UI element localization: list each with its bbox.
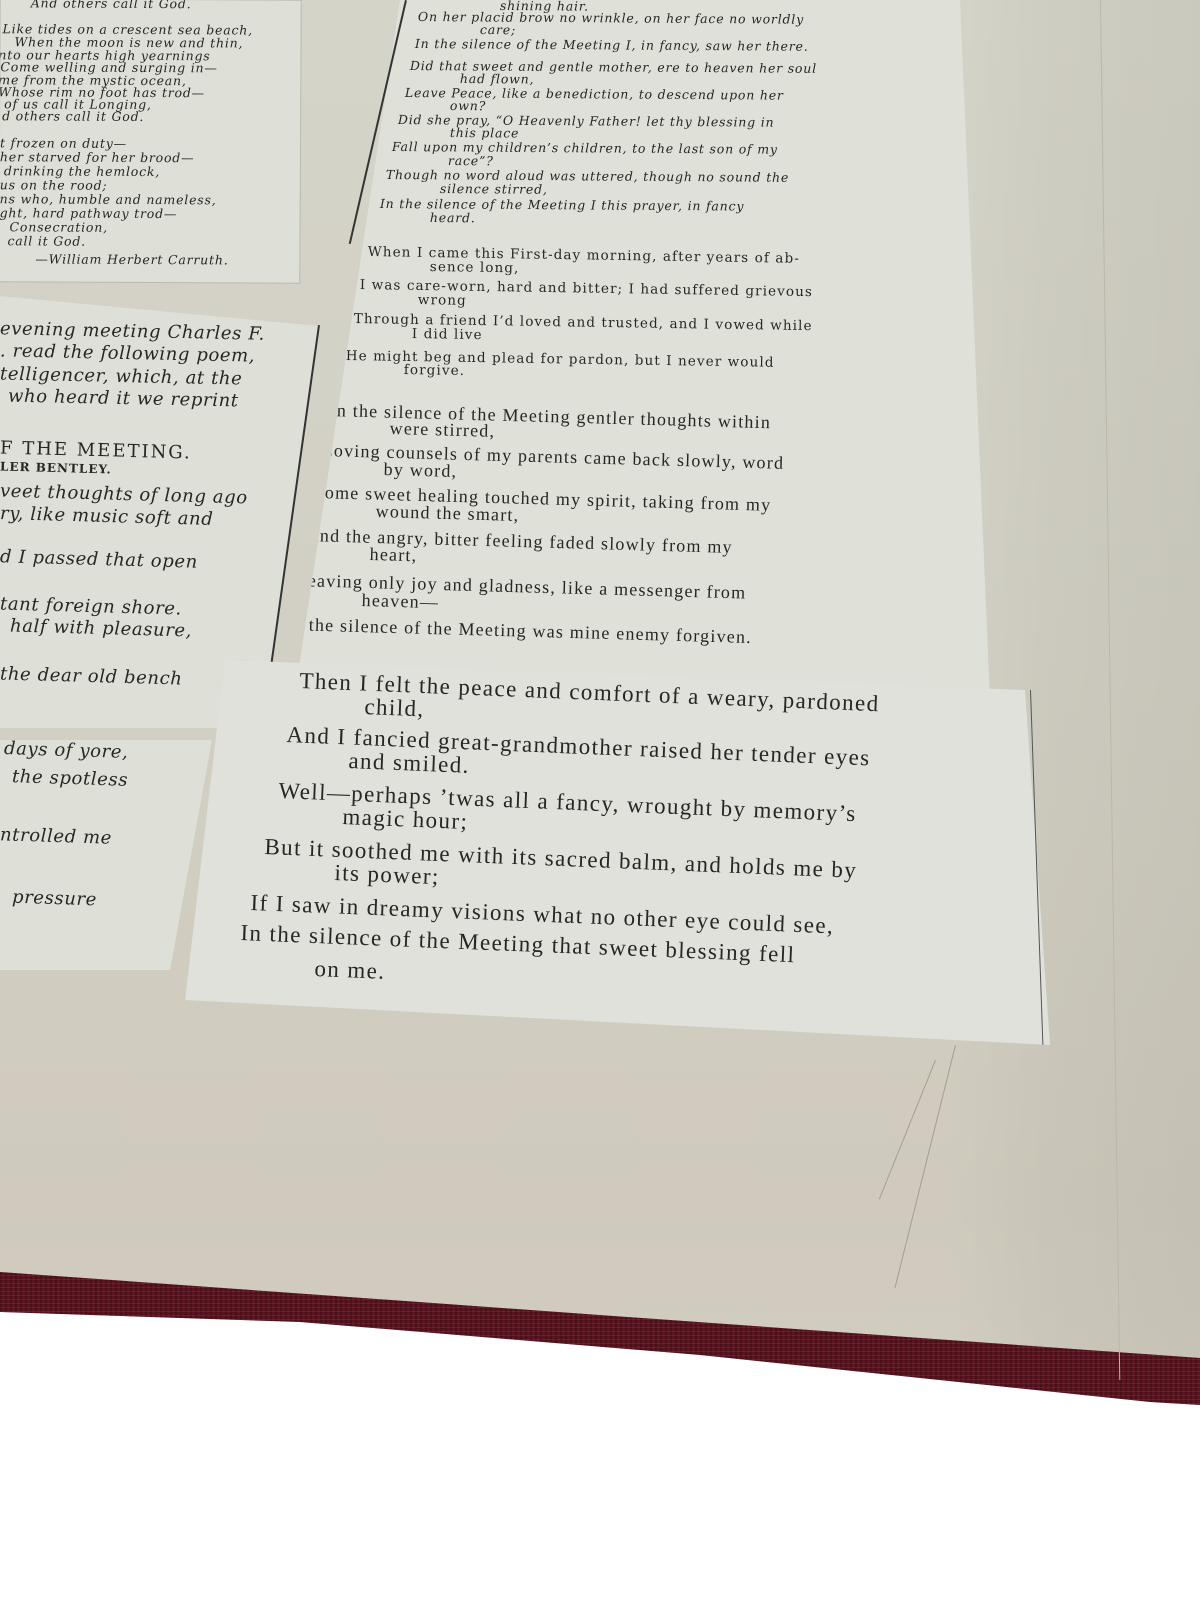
intro-line: . read the following poem, (0, 340, 255, 366)
poem-line: were stirred, (389, 418, 495, 442)
poem-line: wound the smart, (375, 501, 519, 526)
poem-line: forgive. (404, 362, 465, 379)
poem-line: ry, like music soft and (0, 503, 214, 530)
poem-line: I did live (412, 326, 483, 343)
poem-line: wrong (418, 292, 467, 309)
poem-line: And others call it God. (31, 0, 192, 11)
poem-line: and smiled. (348, 748, 470, 779)
poem-line: magic hour; (342, 804, 469, 835)
poem-line: days of yore, (4, 740, 129, 763)
poem-line: its power; (334, 860, 440, 890)
poem-line: heart, (369, 544, 417, 566)
poem-line: In the silence of the Meeting was mine e… (300, 614, 752, 648)
poem-line: On her placid brow no wrinkle, on her fa… (418, 9, 804, 27)
poem-line: on me. (314, 956, 386, 985)
poem-line: child, (364, 694, 425, 722)
intro-line: who heard it we reprint (8, 386, 239, 412)
poem-line: pressure (12, 887, 98, 911)
poem-line: had flown, (460, 71, 534, 87)
poem-line: by word, (383, 459, 457, 482)
poem-attribution: —William Herbert Carruth. (35, 251, 228, 267)
poem-line: call it God. (7, 233, 86, 248)
poem-line: d I passed that open (0, 546, 198, 573)
poem-line: the spotless (12, 766, 129, 791)
clipping-carruth-poem: And others call it God. Like tides on a … (0, 0, 301, 283)
poem-line: race”? (448, 153, 494, 168)
poem-line: In the silence of the Meeting I, in fanc… (415, 36, 809, 54)
poem-line: heard. (430, 210, 476, 225)
poem-line: ntrolled me (0, 824, 112, 849)
clipping-final-stanza: Then I felt the peace and comfort of a w… (185, 660, 1055, 1060)
poem-line: half with pleasure, (10, 615, 193, 641)
poem-line: d others call it God. (2, 108, 144, 124)
poem-line: sence long, (430, 259, 520, 276)
poem-author: LER BENTLEY. (0, 460, 112, 477)
poem-line: the dear old bench (0, 663, 183, 689)
poem-line: silence stirred, (440, 181, 548, 197)
poem-line: this place (450, 125, 519, 140)
poem-line: own? (450, 98, 486, 113)
poem-line: heaven— (361, 590, 439, 613)
poem-line: care; (480, 22, 516, 37)
clipping-poem-stanzas: shining hair.On her placid brow no wrink… (300, 0, 1000, 700)
